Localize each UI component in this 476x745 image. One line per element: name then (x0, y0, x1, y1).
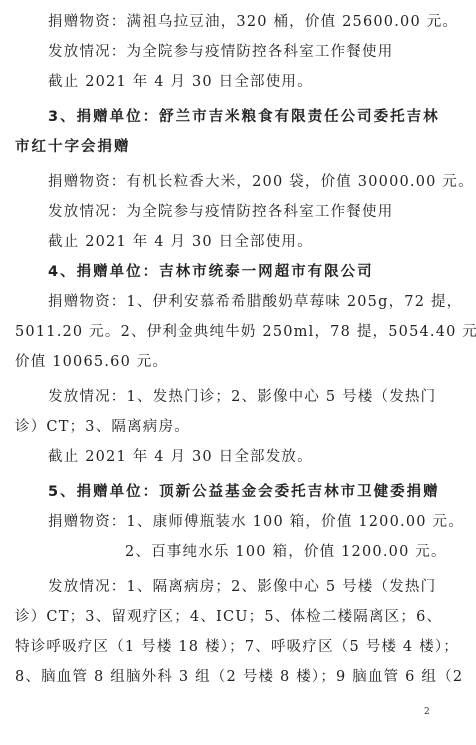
donation-items-text: 捐赠物资：1、康师傅瓶装水 100 箱，价值 1200.00 元。 (0, 513, 476, 531)
deadline-text: 截止 2021 年 4 月 30 日全部使用。 (0, 233, 476, 251)
donation-items-text: 捐赠物资：1、伊利安慕希希腊酸奶草莓味 205g，72 提， (0, 293, 476, 311)
distribution-text-cont: 诊）CT；3、隔离病房。 (0, 418, 476, 436)
distribution-text-cont: 8、脑血管 8 组脑外科 3 组（2 号楼 8 楼）；9 脑血管 6 组（2 (0, 668, 476, 686)
donation-items-text: 捐赠物资：有机长粒香大米，200 袋，价值 30000.00 元。 (0, 173, 476, 191)
donation-items-text-cont: 2、百事纯水乐 100 箱，价值 1200.00 元。 (0, 543, 476, 561)
deadline-text: 截止 2021 年 4 月 30 日全部使用。 (0, 73, 476, 91)
section-heading-4: 4、捐赠单位：吉林市统泰一网超市有限公司 (0, 263, 476, 281)
donation-items-text: 捐赠物资：满祖乌拉豆油，320 桶，价值 25600.00 元。 (0, 13, 476, 31)
section-heading-3-cont: 市红十字会捐赠 (0, 138, 476, 156)
distribution-text-cont: 特诊呼吸疗区（1 号楼 18 楼）；7、呼吸疗区（5 号楼 4 楼）； (0, 638, 476, 656)
section-heading-3: 3、捐赠单位：舒兰市吉米粮食有限责任公司委托吉林 (0, 108, 476, 126)
deadline-text: 截止 2021 年 4 月 30 日全部发放。 (0, 448, 476, 466)
distribution-text: 发放情况：1、隔离病房；2、影像中心 5 号楼（发热门 (0, 578, 476, 596)
distribution-text: 发放情况：为全院参与疫情防控各科室工作餐使用 (0, 203, 476, 221)
distribution-text-cont: 诊）CT；3、留观疗区；4、ICU；5、体检二楼隔离区；6、 (0, 608, 476, 626)
distribution-text: 发放情况：1、发热门诊；2、影像中心 5 号楼（发热门 (0, 388, 476, 406)
donation-items-text-cont: 5011.20 元。2、伊利金典纯牛奶 250ml，78 提，5054.40 元… (0, 323, 476, 341)
section-heading-5: 5、捐赠单位：顶新公益基金会委托吉林市卫健委捐赠 (0, 483, 476, 501)
distribution-text: 发放情况：为全院参与疫情防控各科室工作餐使用 (0, 43, 476, 61)
donation-value-text: 价值 10065.60 元。 (0, 353, 476, 371)
page-number: 2 (424, 707, 430, 717)
